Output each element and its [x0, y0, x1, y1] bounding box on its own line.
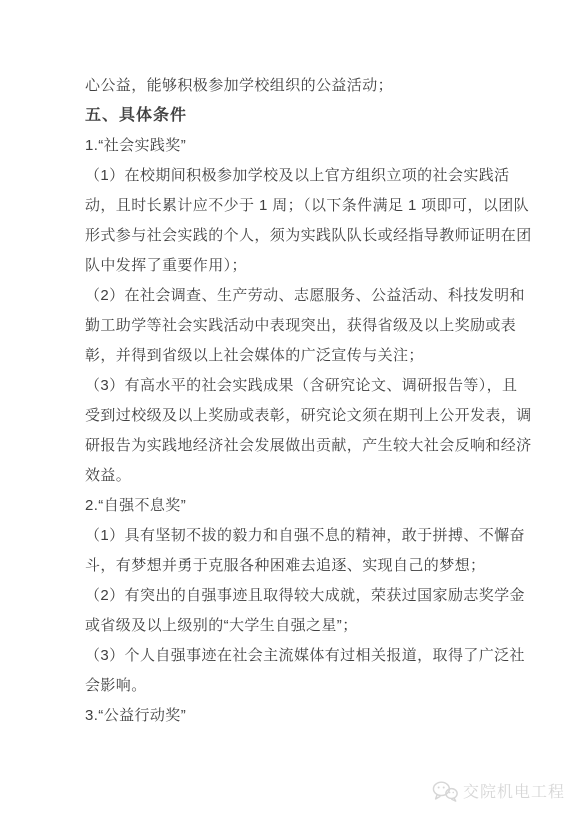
award-title: 3.“公益行动奖” — [85, 701, 532, 731]
paragraph: （1）在校期间积极参加学校及以上官方组织立项的社会实践活动，且时长累计应不少于 … — [85, 161, 532, 281]
watermark-label: 交院机电工程 — [463, 779, 565, 802]
award-title: 2.“自强不息奖” — [85, 491, 532, 521]
watermark: 交院机电工程 — [432, 779, 565, 802]
paragraph: （2）有突出的自强事迹且取得较大成就，荣获过国家励志奖学金或省级及以上级别的“大… — [85, 581, 532, 641]
paragraph: （1）具有坚韧不拔的毅力和自强不息的精神，敢于拼搏、不懈奋斗，有梦想并勇于克服各… — [85, 521, 532, 581]
paragraph: （3）个人自强事迹在社会主流媒体有过相关报道，取得了广泛社会影响。 — [85, 641, 532, 701]
paragraph: （3）有高水平的社会实践成果（含研究论文、调研报告等），且受到过校级及以上奖励或… — [85, 371, 532, 491]
award-title: 1.“社会实践奖” — [85, 131, 532, 161]
article-body: 心公益，能够积极参加学校组织的公益活动； 五、具体条件 1.“社会实践奖” （1… — [85, 71, 532, 731]
wechat-icon — [432, 780, 458, 802]
paragraph: （2）在社会调查、生产劳动、志愿服务、公益活动、科技发明和勤工助学等社会实践活动… — [85, 281, 532, 371]
section-heading: 五、具体条件 — [85, 101, 532, 131]
paragraph: 心公益，能够积极参加学校组织的公益活动； — [85, 71, 532, 101]
